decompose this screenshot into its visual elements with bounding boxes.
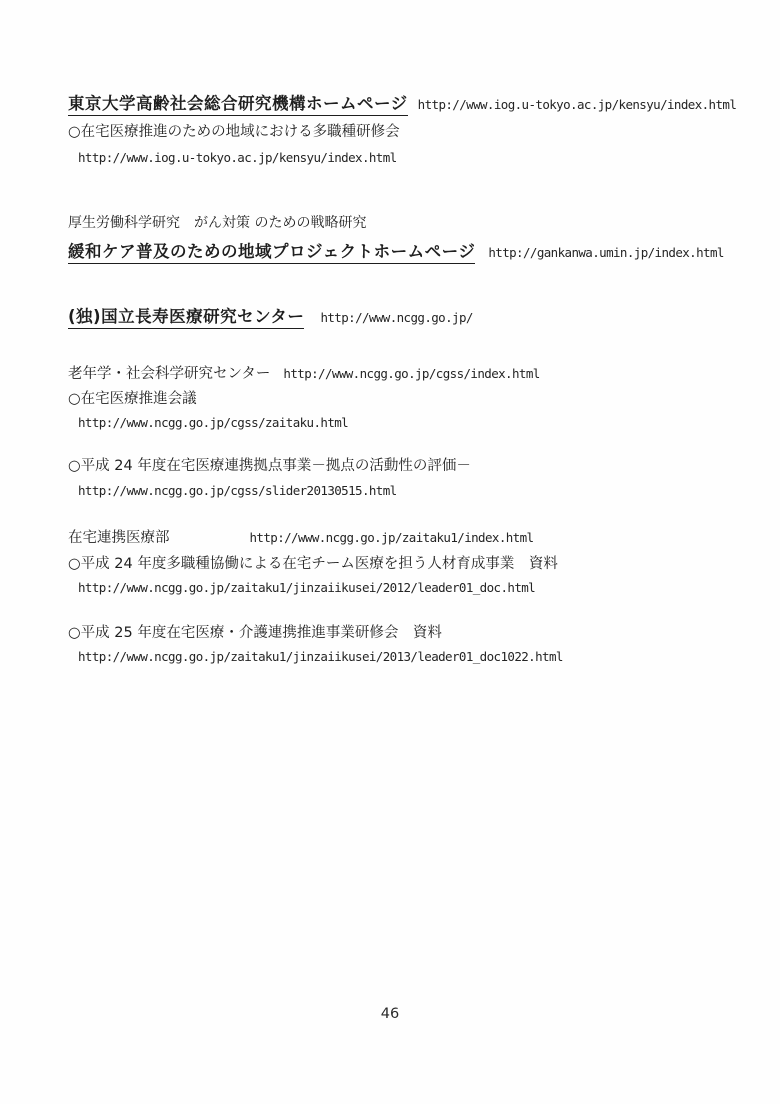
gankanwa-site-title: 緩和ケア普及のための地域プロジェクトホームページ: [68, 242, 475, 264]
utokyo-site-title: 東京大学高齢社会総合研究機構ホームページ: [68, 94, 408, 116]
cgss-item1-url: http://www.ncgg.go.jp/cgss/zaitaku.html: [78, 415, 348, 431]
zaitaku1-dept-url: http://www.ncgg.go.jp/zaitaku1/index.htm…: [250, 530, 534, 545]
gankanwa-site-url: http://gankanwa.umin.jp/index.html: [488, 245, 723, 260]
cgss-item1-label: ○在宅医療推進会議: [68, 390, 197, 409]
scanned-document-page: 東京大学高齢社会総合研究機構ホームページhttp://www.iog.u-tok…: [0, 0, 780, 1104]
cgss-item2-label: ○平成 24 年度在宅医療連携拠点事業－拠点の活動性の評価－: [68, 457, 471, 476]
cgss-item2-url: http://www.ncgg.go.jp/cgss/slider2013051…: [78, 483, 397, 499]
utokyo-item-label: ○在宅医療推進のための地域における多職種研修会: [68, 123, 400, 142]
zaitaku1-item2-url: http://www.ncgg.go.jp/zaitaku1/jinzaiiku…: [78, 649, 563, 665]
utokyo-site-url: http://www.iog.u-tokyo.ac.jp/kensyu/inde…: [418, 97, 737, 112]
cgss-title-line: 老年学・社会科学研究センターhttp://www.ncgg.go.jp/cgss…: [68, 365, 540, 384]
utokyo-item-url: http://www.iog.u-tokyo.ac.jp/kensyu/inde…: [78, 150, 397, 166]
gankanwa-heading-line: 緩和ケア普及のための地域プロジェクトホームページhttp://gankanwa.…: [68, 241, 724, 262]
ncgg-site-title: (独)国立長寿医療研究センター: [68, 307, 304, 329]
cgss-dept-title: 老年学・社会科学研究センター: [68, 366, 270, 382]
zaitaku1-item2-label: ○平成 25 年度在宅医療・介護連携推進事業研修会 資料: [68, 624, 442, 643]
cgss-dept-url: http://www.ncgg.go.jp/cgss/index.html: [283, 366, 539, 381]
gankanwa-subtitle: 厚生労働科学研究 がん対策 のための戦略研究: [68, 214, 366, 232]
ncgg-heading-line: (独)国立長寿医療研究センターhttp://www.ncgg.go.jp/: [68, 306, 473, 327]
zaitaku1-title-line: 在宅連携医療部http://www.ncgg.go.jp/zaitaku1/in…: [68, 529, 533, 548]
page-number: 46: [0, 1006, 780, 1022]
utokyo-heading-line: 東京大学高齢社会総合研究機構ホームページhttp://www.iog.u-tok…: [68, 93, 736, 114]
zaitaku1-dept-title: 在宅連携医療部: [68, 530, 170, 546]
ncgg-site-url: http://www.ncgg.go.jp/: [320, 310, 472, 325]
zaitaku1-item1-label: ○平成 24 年度多職種協働による在宅チーム医療を担う人材育成事業 資料: [68, 555, 558, 574]
zaitaku1-item1-url: http://www.ncgg.go.jp/zaitaku1/jinzaiiku…: [78, 580, 535, 596]
